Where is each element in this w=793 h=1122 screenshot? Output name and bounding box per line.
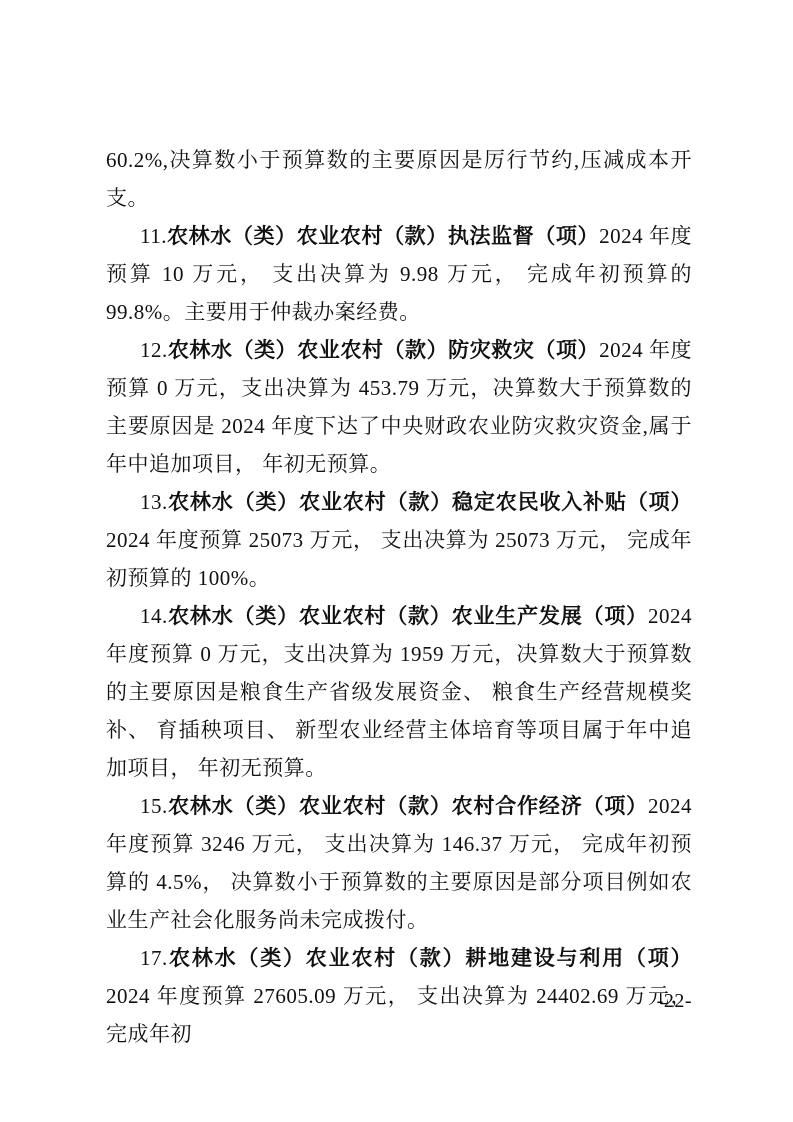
paragraph-text: 60.2%,决算数小于预算数的主要原因是厉行节约,压减成本开支。 [106,148,692,210]
paragraph-text: 2024 年度预算 25073 万元， 支出决算为 25073 万元， 完成年初… [106,528,692,590]
paragraph-text: 17. [140,946,168,970]
budget-item-title: 农林水（类）农业农村（款）防灾救灾（项） [168,338,599,362]
budget-item-title: 农林水（类）农业农村（款）稳定农民收入补贴（项） [168,490,692,514]
page-number: -22- [657,990,692,1013]
paragraph-text: 13. [140,490,168,514]
paragraph: 14.农林水（类）农业农村（款）农业生产发展（项）2024 年度预算 0 万元，… [106,597,692,787]
paragraph-text: 2024 年度预算 0 万元，支出决算为 1959 万元，决算数大于预算数的主要… [106,604,692,780]
document-page: 60.2%,决算数小于预算数的主要原因是厉行节约,压减成本开支。11.农林水（类… [0,0,793,1122]
paragraph: 60.2%,决算数小于预算数的主要原因是厉行节约,压减成本开支。 [106,141,692,217]
paragraph-text: 15. [140,794,168,818]
paragraph-text: 2024 年度预算 27605.09 万元， 支出决算为 24402.69 万元… [106,984,692,1046]
budget-item-title: 农林水（类）农业农村（款）农业生产发展（项） [168,604,648,628]
paragraph: 11.农林水（类）农业农村（款）执法监督（项）2024 年度预算 10 万元， … [106,217,692,331]
paragraph-text: 14. [140,604,168,628]
paragraph: 17.农林水（类）农业农村（款）耕地建设与利用（项）2024 年度预算 2760… [106,939,692,1053]
budget-item-title: 农林水（类）农业农村（款）农村合作经济（项） [168,794,648,818]
paragraph-text: 11. [140,224,167,248]
budget-item-title: 农林水（类）农业农村（款）执法监督（项） [167,224,599,248]
paragraph: 12.农林水（类）农业农村（款）防灾救灾（项）2024 年度预算 0 万元，支出… [106,331,692,483]
paragraph-text: 12. [140,338,168,362]
paragraph: 15.农林水（类）农业农村（款）农村合作经济（项）2024 年度预算 3246 … [106,787,692,939]
document-body: 60.2%,决算数小于预算数的主要原因是厉行节约,压减成本开支。11.农林水（类… [106,141,692,1053]
paragraph: 13.农林水（类）农业农村（款）稳定农民收入补贴（项）2024 年度预算 250… [106,483,692,597]
budget-item-title: 农林水（类）农业农村（款）耕地建设与利用（项） [168,946,692,970]
